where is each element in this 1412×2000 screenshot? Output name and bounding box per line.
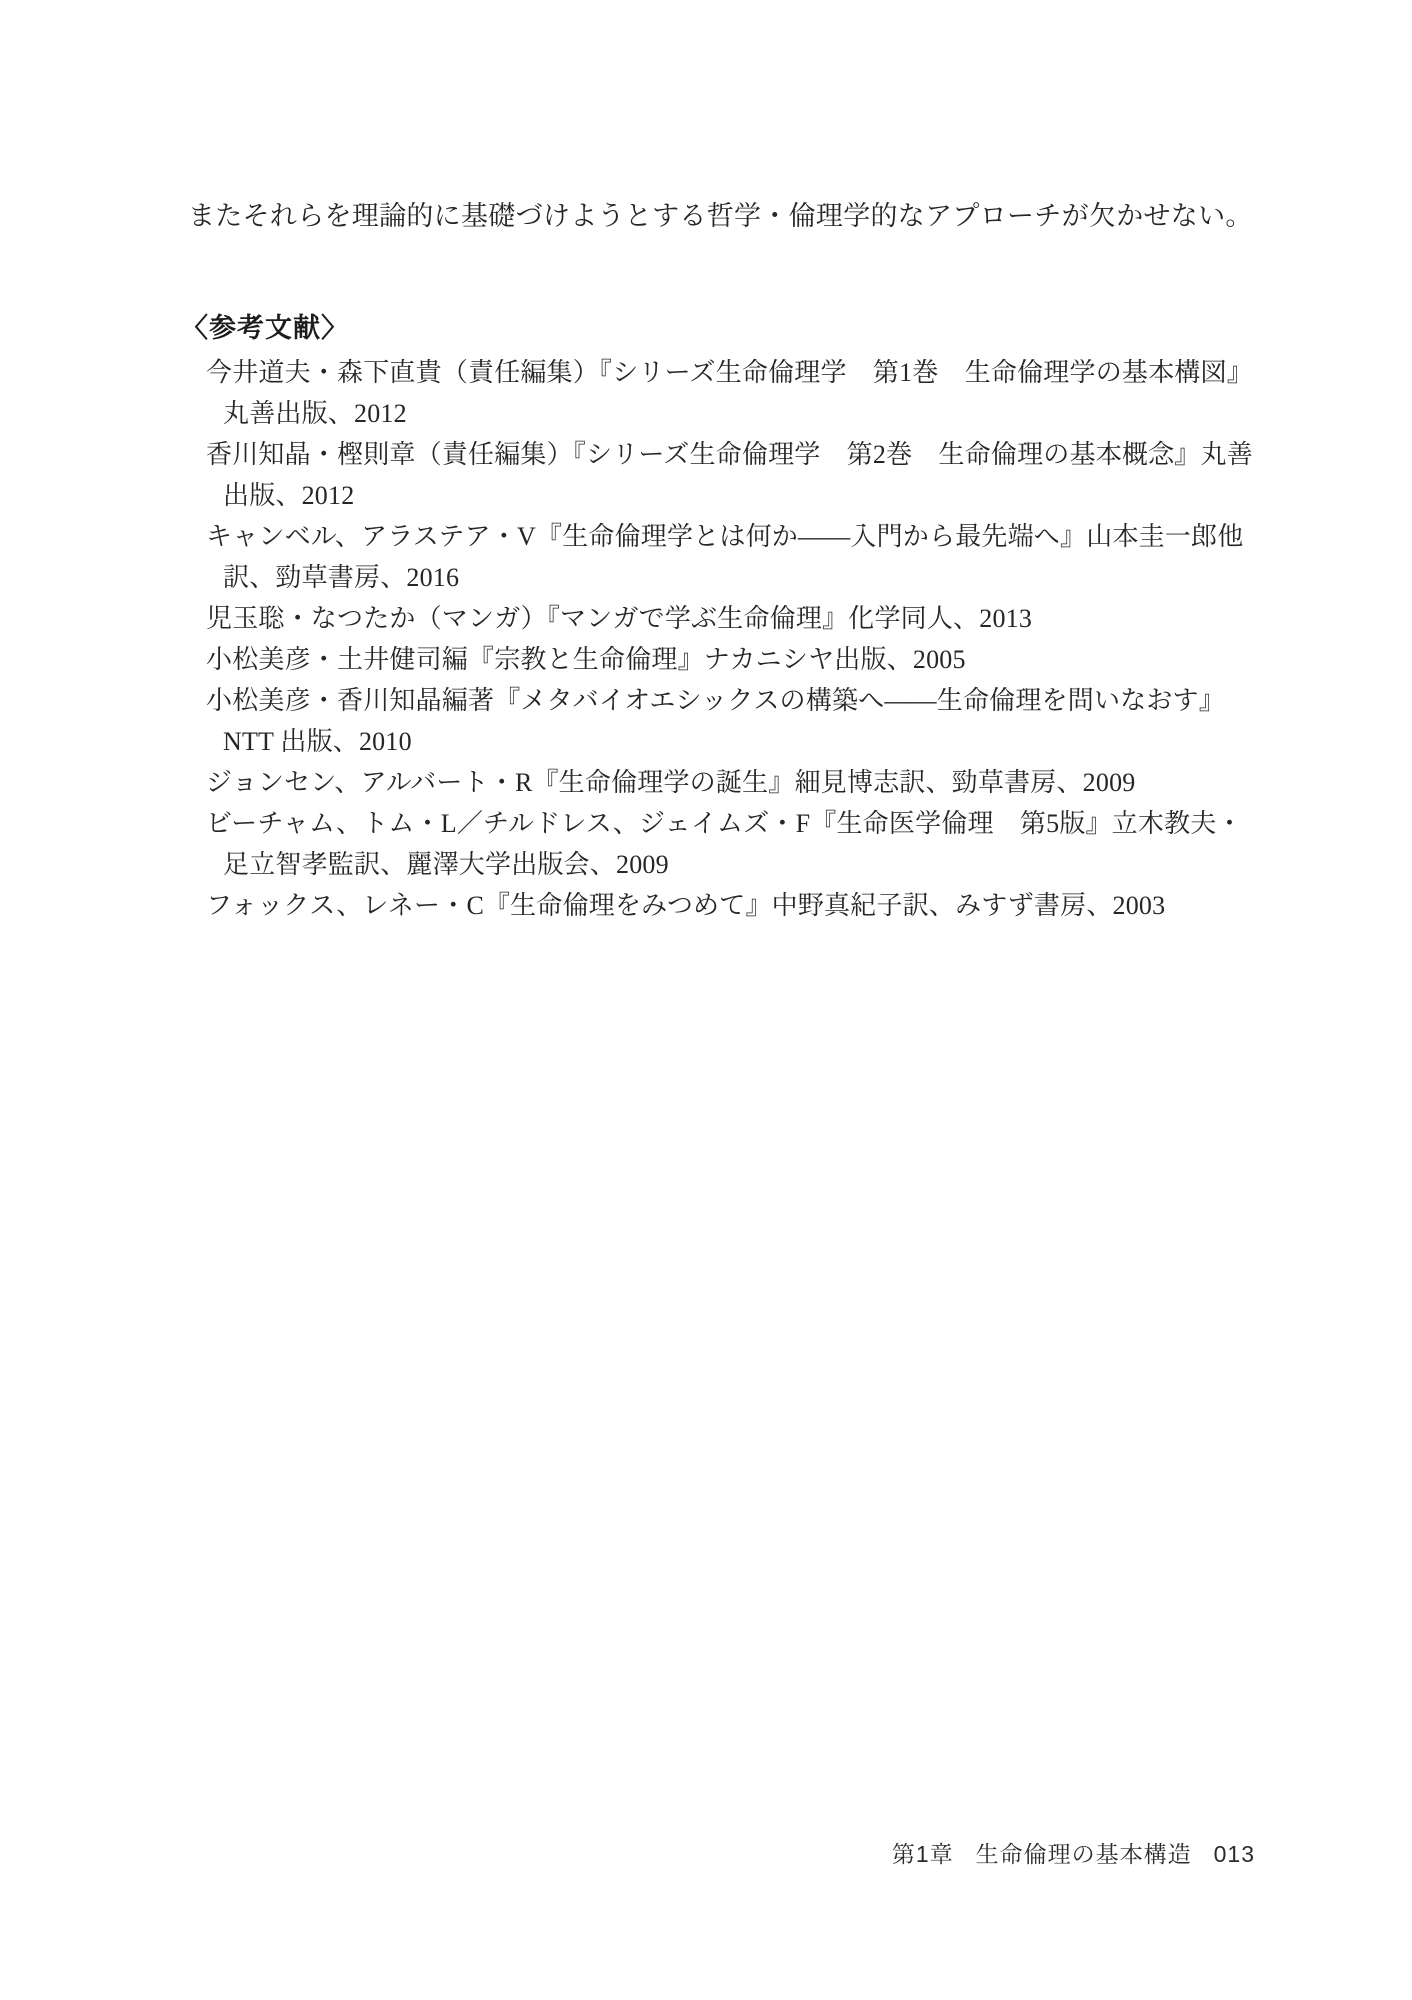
reference-line: 香川知晶・樫則章（責任編集）『シリーズ生命倫理学 第2巻 生命倫理の基本概念』丸… xyxy=(206,434,1296,475)
references-list: 今井道夫・森下直貴（責任編集）『シリーズ生命倫理学 第1巻 生命倫理学の基本構図… xyxy=(206,352,1296,926)
reference-line: 足立智孝監訳、麗澤大学出版会、2009 xyxy=(223,844,1296,885)
reference-item: 香川知晶・樫則章（責任編集）『シリーズ生命倫理学 第2巻 生命倫理の基本概念』丸… xyxy=(206,434,1296,516)
reference-line: 小松美彦・香川知晶編著『メタバイオエシックスの構築へ――生命倫理を問いなおす』 xyxy=(206,680,1296,721)
page-footer: 第1章生命倫理の基本構造013 xyxy=(892,1836,1255,1869)
reference-item: ジョンセン、アルバート・R『生命倫理学の誕生』細見博志訳、勁草書房、2009 xyxy=(206,762,1296,803)
reference-item: フォックス、レネー・C『生命倫理をみつめて』中野真紀子訳、みすず書房、2003 xyxy=(206,885,1296,926)
reference-line: 丸善出版、2012 xyxy=(223,393,1296,434)
footer-chapter-label: 第1章 xyxy=(892,1841,954,1867)
reference-line: 出版、2012 xyxy=(223,475,1296,516)
reference-line: キャンベル、アラステア・V『生命倫理学とは何か――入門から最先端へ』山本圭一郎他 xyxy=(206,516,1296,557)
reference-line: ビーチャム、トム・L／チルドレス、ジェイムズ・F『生命医学倫理 第5版』立木教夫… xyxy=(206,803,1296,844)
reference-line: 訳、勁草書房、2016 xyxy=(223,557,1296,598)
footer-section-title: 生命倫理の基本構造 xyxy=(976,1841,1192,1867)
reference-item: ビーチャム、トム・L／チルドレス、ジェイムズ・F『生命医学倫理 第5版』立木教夫… xyxy=(206,803,1296,885)
book-page: またそれらを理論的に基礎づけようとする哲学・倫理学的なアプローチが欠かせない。 … xyxy=(0,0,1412,2000)
reference-item: 小松美彦・土井健司編『宗教と生命倫理』ナカニシヤ出版、2005 xyxy=(206,639,1296,680)
reference-line: 今井道夫・森下直貴（責任編集）『シリーズ生命倫理学 第1巻 生命倫理学の基本構図… xyxy=(206,352,1296,393)
reference-item: キャンベル、アラステア・V『生命倫理学とは何か――入門から最先端へ』山本圭一郎他… xyxy=(206,516,1296,598)
body-paragraph: またそれらを理論的に基礎づけようとする哲学・倫理学的なアプローチが欠かせない。 xyxy=(188,196,1253,236)
reference-line: NTT 出版、2010 xyxy=(223,721,1296,762)
reference-line: ジョンセン、アルバート・R『生命倫理学の誕生』細見博志訳、勁草書房、2009 xyxy=(206,762,1296,803)
references-heading: 〈参考文献〉 xyxy=(181,306,349,345)
reference-line: 児玉聡・なつたか（マンガ）『マンガで学ぶ生命倫理』化学同人、2013 xyxy=(206,598,1296,639)
footer-page-number: 013 xyxy=(1214,1841,1255,1867)
reference-item: 小松美彦・香川知晶編著『メタバイオエシックスの構築へ――生命倫理を問いなおす』 … xyxy=(206,680,1296,762)
reference-line: 小松美彦・土井健司編『宗教と生命倫理』ナカニシヤ出版、2005 xyxy=(206,639,1296,680)
reference-item: 今井道夫・森下直貴（責任編集）『シリーズ生命倫理学 第1巻 生命倫理学の基本構図… xyxy=(206,352,1296,434)
reference-item: 児玉聡・なつたか（マンガ）『マンガで学ぶ生命倫理』化学同人、2013 xyxy=(206,598,1296,639)
reference-line: フォックス、レネー・C『生命倫理をみつめて』中野真紀子訳、みすず書房、2003 xyxy=(206,885,1296,926)
